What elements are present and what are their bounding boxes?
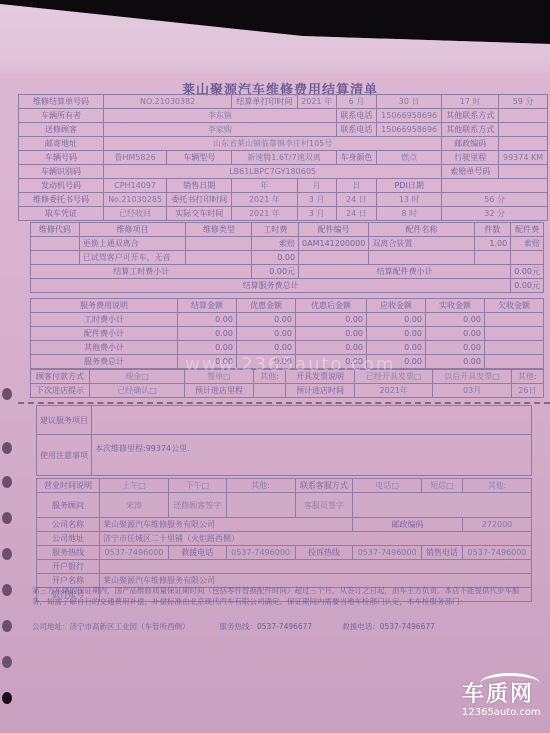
cell — [484, 313, 543, 327]
col-header: 服务费用说明 — [31, 299, 178, 313]
labor-subtotal-label: 结算工时费小计 — [31, 265, 252, 279]
feed-hole — [2, 692, 12, 704]
handover-label: 实际交车时间 — [167, 207, 232, 221]
suggest-label: 建议服务项目 — [37, 406, 92, 435]
sale-day: 日 — [336, 179, 376, 193]
feed-hole — [2, 548, 12, 560]
payment-cash-checkbox[interactable]: 现金□ — [90, 370, 185, 384]
cell — [484, 341, 543, 355]
sender-label: 送修顾客 — [19, 123, 104, 137]
engine-label: 发动机号码 — [19, 179, 104, 193]
bank — [100, 560, 532, 574]
repair-row: 已试驾客户可开车，无音 0.00 — [31, 251, 544, 265]
total-label: 结算服务费总计 — [31, 279, 511, 293]
order-minute: 56 分 — [442, 193, 548, 207]
pickup-label: 取车凭证 — [19, 207, 104, 221]
footer-rescue: 救援电话：0537-7496677 — [342, 621, 435, 632]
pm-checkbox[interactable]: 下午□ — [168, 479, 226, 493]
cell — [299, 251, 369, 265]
company-name: 莱山聚源汽车维修服务有限公司 — [100, 518, 353, 532]
cell: 0.00 — [236, 327, 295, 341]
advisor-signature — [226, 493, 295, 518]
postcode — [499, 137, 548, 151]
labor-subtotal: 0.00元 — [252, 265, 299, 279]
logo-url: 12365auto.com — [462, 707, 548, 719]
company-postcode-label: 邮政编码 — [353, 518, 463, 532]
cell: 0.00 — [236, 341, 295, 355]
col-header: 维修类型 — [186, 223, 252, 237]
cell: 服务费总计 — [31, 355, 178, 369]
print-minute: 59 分 — [499, 95, 548, 109]
sender-other — [499, 123, 548, 137]
watermark: www.2365auto.com — [185, 354, 395, 375]
notes: 本次维修里程:99374公里. — [92, 435, 532, 476]
col-header: 欠收金额 — [484, 299, 543, 313]
feed-hole — [2, 476, 12, 488]
next-day: 26日 — [511, 384, 543, 398]
cell — [186, 237, 252, 251]
plate: 鲁HM5826 — [104, 151, 167, 165]
cell: 0.00 — [178, 313, 237, 327]
settlement-no: NO.21030382 — [104, 95, 232, 109]
advisor: 宋涛 — [100, 493, 169, 518]
contact-other: 其他: — [462, 479, 531, 493]
next-confirmed-checkbox[interactable]: 已经确认□ — [90, 384, 185, 398]
print-day: 30 日 — [377, 95, 442, 109]
order-year: 2021 年 — [232, 193, 297, 207]
cell — [31, 237, 80, 251]
footer-hotline: 服务热线：0537-7496677 — [220, 621, 313, 632]
address: 山东省莱山镇临靠镇李庄村105号 — [104, 137, 442, 151]
owner-label: 车辆所有者 — [19, 109, 104, 123]
sender-other-label: 其他联系方式 — [442, 123, 499, 137]
print-month: 6 月 — [336, 95, 376, 109]
print-time-label: 结算单打印时间 — [232, 95, 297, 109]
cell: 0.00 — [178, 341, 237, 355]
parts-subtotal: 0.00元 — [511, 265, 544, 279]
advice-table: 建议服务项目 使用注意事项 本次维修里程:99374公里. — [36, 405, 532, 476]
cell: 索赔 — [252, 237, 299, 251]
hours-other: 其他: — [226, 479, 295, 493]
footer-address: 公司地址：济宁市高新区工业园（车管所西侧） — [32, 621, 190, 632]
order-hour: 13 时 — [377, 193, 442, 207]
col-header: 维修项目 — [79, 223, 186, 237]
next-mileage — [253, 384, 285, 398]
cell: 配件费小计 — [31, 327, 178, 341]
cell — [186, 251, 252, 265]
pdi-date — [442, 179, 548, 193]
color: 燃点 — [377, 151, 442, 165]
feed-hole — [2, 388, 12, 400]
handover-month: 3 月 — [297, 207, 336, 221]
cell — [31, 251, 80, 265]
complaint-label: 投诉热线 — [295, 546, 353, 560]
cell: 0.00 — [295, 327, 366, 341]
customer-info-table: 维修结算单号码 NO.21030382 结算单打印时间 2021 年 6 月 3… — [18, 94, 548, 221]
handover-day: 24 日 — [336, 207, 376, 221]
cell: 0.00 — [178, 327, 237, 341]
owner-other — [499, 109, 548, 123]
service-sig-label: 客服员签字 — [295, 493, 353, 518]
company-name-label: 公司名称 — [37, 518, 100, 532]
cell — [474, 251, 511, 265]
fees-row: 配件费小计 0.00 0.00 0.00 0.00 0.00 — [31, 327, 544, 341]
cell: 0.00 — [425, 313, 484, 327]
cell: 0.00 — [252, 251, 299, 265]
next-visit-label: 下次进店提示 — [31, 384, 90, 398]
am-checkbox[interactable]: 上午□ — [100, 479, 169, 493]
sender-phone: 15066958696 — [377, 123, 442, 137]
cell: 0.00 — [367, 341, 426, 355]
col-header: 应收金额 — [367, 299, 426, 313]
col-header: 优惠后金额 — [295, 299, 366, 313]
invoice-other: 其他: — [511, 370, 543, 384]
plate-label: 车辆号码 — [19, 151, 104, 165]
advisor-label: 服务顾问 — [37, 493, 100, 518]
sms-checkbox[interactable]: 短信□ — [422, 479, 463, 493]
feed-hole — [2, 584, 12, 596]
advisor-sig-label: 送修顾客签字 — [168, 493, 226, 518]
owner-other-label: 其他联系方式 — [442, 109, 499, 123]
engine: CPH14097 — [104, 179, 167, 193]
cell: 其他费小计 — [31, 341, 178, 355]
handover-year: 2021 年 — [232, 207, 297, 221]
pickup: 已经收回 — [104, 207, 167, 221]
sales-phone: 0537-7496000 — [462, 546, 531, 560]
model: 新速腾1.6T/7速双离 — [232, 151, 336, 165]
fees-row: 其他费小计 0.00 0.00 0.00 0.00 0.00 — [31, 341, 544, 355]
company-address: 济宁市任城区二十里铺（火炬路西侧） — [100, 532, 532, 546]
company-address-label: 公司地址 — [37, 532, 100, 546]
feed-hole — [2, 656, 12, 668]
repair-items-table: 维修代码 维修项目 维修类型 工时费 配件编号 配件名称 件数 配件费 更换上通… — [30, 222, 544, 293]
color-label: 车身颜色 — [336, 151, 376, 165]
cell: 0.00 — [367, 313, 426, 327]
cell: 已试驾客户可开车，无音 — [79, 251, 186, 265]
disclaimer-text: 第三方车辆的保证期内，国产品维修质量保证期时间（包括零件替换配件时间）超过三个月… — [32, 585, 532, 607]
next-year: 2021年 — [355, 384, 433, 398]
order-no: No.21030285 — [104, 193, 167, 207]
print-hour: 17 时 — [442, 95, 499, 109]
col-header: 配件编号 — [299, 223, 369, 237]
fees-header-row: 服务费用说明 结算金额 优惠金额 优惠后金额 应收金额 实收金额 欠收金额 — [31, 299, 544, 313]
voucher-no-label: 索赔单号码 — [442, 165, 499, 179]
repair-header-row: 维修代码 维修项目 维修类型 工时费 配件编号 配件名称 件数 配件费 — [31, 223, 544, 237]
payment-label: 顾客付款方式 — [31, 370, 90, 384]
sale-month: 月 — [297, 179, 336, 193]
cell — [369, 251, 474, 265]
vin: LB61LBPC7GY180605 — [104, 165, 442, 179]
invoice-later-checkbox[interactable]: 以后开具发票□ — [433, 370, 511, 384]
next-mileage-label: 预计进店里程 — [185, 384, 254, 398]
owner-phone-label: 联系电话 — [336, 109, 376, 123]
tractor-feed-holes — [2, 380, 16, 733]
feed-hole — [2, 512, 12, 524]
cell: 索赔 — [511, 237, 544, 251]
pdi-label: PDI日期 — [377, 179, 442, 193]
cell: 1.00 — [474, 237, 511, 251]
service-phone-label: 服务热线 — [37, 546, 100, 560]
handover-minute: 32 分 — [442, 207, 548, 221]
order-time-label: 委托书打印时间 — [167, 193, 232, 207]
col-header: 件数 — [474, 223, 511, 237]
parts-subtotal-label: 结算配件费小计 — [299, 265, 511, 279]
sales-label: 销售电话 — [422, 546, 463, 560]
feed-hole — [2, 620, 12, 632]
address-label: 邮寄地址 — [19, 137, 104, 151]
order-month: 3 月 — [297, 193, 336, 207]
col-header: 优惠金额 — [236, 299, 295, 313]
feed-hole — [2, 442, 12, 454]
mileage-label: 行驶里程 — [442, 151, 499, 165]
sale-year: 年 — [232, 179, 297, 193]
cell: 工时费小计 — [31, 313, 178, 327]
order-day: 24 日 — [336, 193, 376, 207]
mileage: 99374 KM — [499, 151, 548, 165]
sale-date-label: 销售日期 — [167, 179, 232, 193]
voucher-no — [499, 165, 548, 179]
suggest — [92, 406, 532, 435]
customer-signature — [353, 493, 532, 518]
cell: 0.00 — [425, 341, 484, 355]
company-table: 营业时间说明 上午□ 下午□ 其他: 联系客服方式 电话□ 短信□ 其他: 服务… — [36, 478, 532, 602]
perforation-line — [18, 402, 550, 404]
site-logo: 车质网 12365auto.com — [462, 683, 548, 729]
cell: 更换上通双离合 — [79, 237, 186, 251]
next-month: 03月 — [433, 384, 511, 398]
rescue-label: 救援电话 — [168, 546, 226, 560]
col-header: 实收金额 — [425, 299, 484, 313]
col-header: 配件名称 — [369, 223, 474, 237]
cell: 0.00 — [236, 313, 295, 327]
cell: 双离合装置 — [369, 237, 474, 251]
postcode-label: 邮政编码 — [442, 137, 499, 151]
col-header: 配件费 — [511, 223, 544, 237]
cell: 0.00 — [425, 355, 484, 369]
owner: 李东镇 — [104, 109, 337, 123]
owner-phone: 15066958696 — [377, 109, 442, 123]
sender-phone-label: 联系电话 — [336, 123, 376, 137]
bank-label: 开户银行 — [37, 560, 100, 574]
total: 0.00元 — [511, 279, 544, 293]
cell: 0.00 — [295, 341, 366, 355]
cell: 0.00 — [367, 327, 426, 341]
sender: 李家购 — [104, 123, 337, 137]
settlement-no-label: 维修结算单号码 — [19, 95, 104, 109]
col-header: 结算金额 — [178, 299, 237, 313]
company-postcode: 272000 — [462, 518, 531, 532]
order-label: 维修委托书号码 — [19, 193, 104, 207]
phone-checkbox[interactable]: 电话□ — [353, 479, 422, 493]
service-phone: 0537-7496000 — [100, 546, 169, 560]
col-header: 工时费 — [252, 223, 299, 237]
logo-arc-icon — [480, 673, 540, 694]
rescue-phone: 0537-7496000 — [226, 546, 295, 560]
cell: 0AM141200000 — [299, 237, 369, 251]
model-label: 车辆型号 — [167, 151, 232, 165]
cell: 0.00 — [425, 327, 484, 341]
vin-label: 车辆识别码 — [19, 165, 104, 179]
cell: 0.00 — [295, 313, 366, 327]
cell — [484, 327, 543, 341]
print-year: 2021 年 — [297, 95, 336, 109]
complaint-phone: 0537-7496000 — [353, 546, 422, 560]
cell — [484, 355, 543, 369]
repair-row: 更换上通双离合 索赔 0AM141200000 双离合装置 1.00 索赔 — [31, 237, 544, 251]
col-header: 维修代码 — [31, 223, 80, 237]
notes-label: 使用注意事项 — [37, 435, 92, 476]
fees-row: 工时费小计 0.00 0.00 0.00 0.00 0.00 — [31, 313, 544, 327]
handover-hour: 8 时 — [377, 207, 442, 221]
next-time-label: 预计进店时间 — [286, 384, 355, 398]
cell — [511, 251, 544, 265]
footer: 公司地址：济宁市高新区工业园（车管所西侧） 服务热线：0537-7496677 … — [32, 621, 532, 632]
contact-method-label: 联系客服方式 — [295, 479, 353, 493]
hours-label: 营业时间说明 — [37, 479, 100, 493]
